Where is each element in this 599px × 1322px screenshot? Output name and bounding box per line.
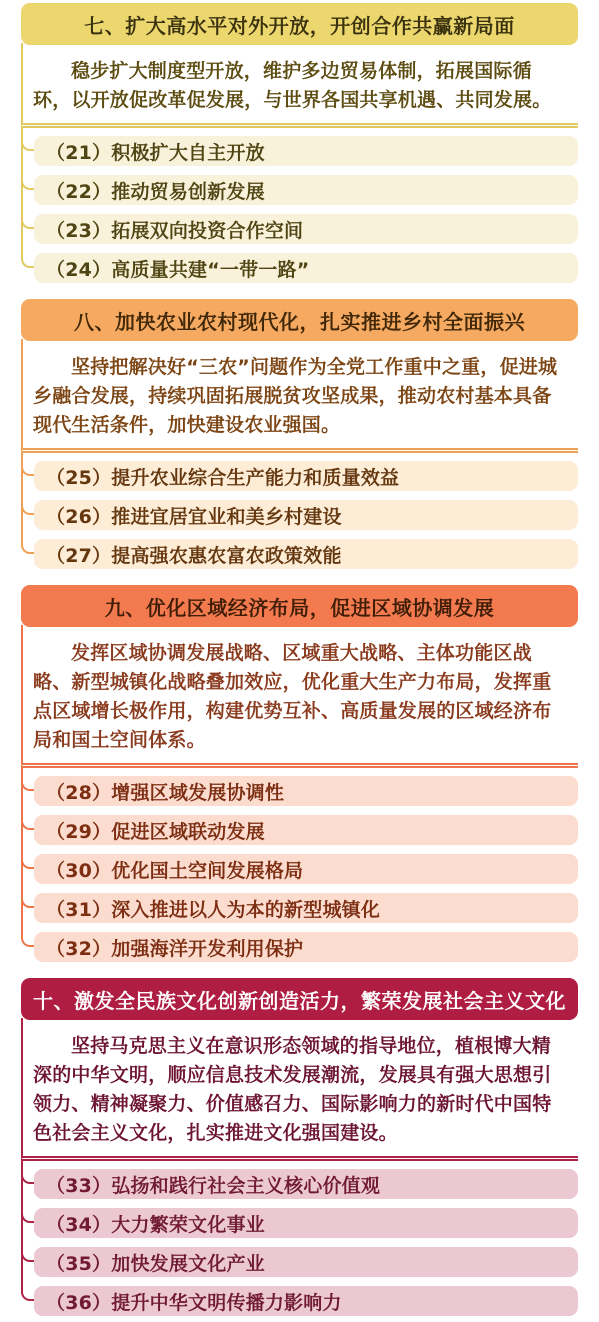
list-item: （32）加强海洋开发利用保护: [34, 932, 578, 962]
list-item: （26）推进宜居宜业和美乡村建设: [34, 500, 578, 530]
section-item-list: （21）积极扩大自主开放 （22）推动贸易创新发展 （23）拓展双向投资合作空间…: [34, 136, 578, 283]
list-item: （28）增强区域发展协调性: [34, 776, 578, 806]
list-item: （33）弘扬和践行社会主义核心价值观: [34, 1169, 578, 1199]
list-item-label: （26）推进宜居宜业和美乡村建设: [46, 502, 342, 529]
list-item: （24）高质量共建“一带一路”: [34, 253, 578, 283]
section-item-list: （25）提升农业综合生产能力和质量效益 （26）推进宜居宜业和美乡村建设 （27…: [34, 461, 578, 569]
branch-connector: [21, 255, 34, 268]
section-summary-box: 发挥区域协调发展战略、区域重大战略、主体功能区战略、新型城镇化战略叠加效应，优化…: [21, 625, 578, 768]
list-item-label: （24）高质量共建“一带一路”: [46, 255, 309, 282]
list-item-label: （21）积极扩大自主开放: [46, 138, 265, 165]
branch-connector: [21, 541, 34, 554]
section-summary: 稳步扩大制度型开放，维护多边贸易体制，拓展国际循环，以开放促改革促发展，与世界各…: [33, 57, 568, 115]
section-seven: 七、扩大高水平对外开放，开创合作共赢新局面 稳步扩大制度型开放，维护多边贸易体制…: [21, 3, 578, 283]
section-summary: 发挥区域协调发展战略、区域重大战略、主体功能区战略、新型城镇化战略叠加效应，优化…: [33, 639, 568, 755]
list-item: （34）大力繁荣文化事业: [34, 1208, 578, 1238]
section-ten: 十、激发全民族文化创新创造活力，繁荣发展社会主义文化 坚持马克思主义在意识形态领…: [21, 978, 578, 1316]
list-item: （30）优化国土空间发展格局: [34, 854, 578, 884]
list-item: （22）推动贸易创新发展: [34, 175, 578, 205]
list-item: （25）提升农业综合生产能力和质量效益: [34, 461, 578, 491]
section-header: 八、加快农业农村现代化，扎实推进乡村全面振兴: [21, 299, 578, 341]
list-item-label: （33）弘扬和践行社会主义核心价值观: [46, 1171, 380, 1198]
section-header: 九、优化区域经济布局，促进区域协调发展: [21, 585, 578, 627]
section-header: 十、激发全民族文化创新创造活力，繁荣发展社会主义文化: [21, 978, 578, 1020]
list-item-label: （35）加快发展文化产业: [46, 1249, 265, 1276]
section-summary: 坚持把解决好“三农”问题作为全党工作重中之重，促进城乡融合发展，持续巩固拓展脱贫…: [33, 353, 568, 440]
list-item: （29）促进区域联动发展: [34, 815, 578, 845]
policy-outline-page: 七、扩大高水平对外开放，开创合作共赢新局面 稳步扩大制度型开放，维护多边贸易体制…: [0, 0, 599, 1322]
list-item-label: （22）推动贸易创新发展: [46, 177, 265, 204]
list-item-label: （28）增强区域发展协调性: [46, 778, 284, 805]
section-eight: 八、加快农业农村现代化，扎实推进乡村全面振兴 坚持把解决好“三农”问题作为全党工…: [21, 299, 578, 569]
list-item-label: （29）促进区域联动发展: [46, 817, 265, 844]
list-item: （31）深入推进以人为本的新型城镇化: [34, 893, 578, 923]
branch-connector: [21, 934, 34, 947]
list-item-label: （30）优化国土空间发展格局: [46, 856, 303, 883]
section-summary: 坚持马克思主义在意识形态领域的指导地位，植根博大精深的中华文明，顺应信息技术发展…: [33, 1032, 568, 1148]
section-nine: 九、优化区域经济布局，促进区域协调发展 发挥区域协调发展战略、区域重大战略、主体…: [21, 585, 578, 962]
section-item-list: （28）增强区域发展协调性 （29）促进区域联动发展 （30）优化国土空间发展格…: [34, 776, 578, 962]
section-summary-box: 坚持把解决好“三农”问题作为全党工作重中之重，促进城乡融合发展，持续巩固拓展脱贫…: [21, 339, 578, 453]
list-item: （21）积极扩大自主开放: [34, 136, 578, 166]
list-item-label: （25）提升农业综合生产能力和质量效益: [46, 463, 399, 490]
section-summary-box: 坚持马克思主义在意识形态领域的指导地位，植根博大精深的中华文明，顺应信息技术发展…: [21, 1018, 578, 1161]
list-item: （27）提高强农惠农富农政策效能: [34, 539, 578, 569]
list-item: （36）提升中华文明传播力影响力: [34, 1286, 578, 1316]
list-item-label: （36）提升中华文明传播力影响力: [46, 1288, 342, 1315]
connector-trunk: [21, 767, 23, 939]
section-header: 七、扩大高水平对外开放，开创合作共赢新局面: [21, 3, 578, 45]
section-summary-box: 稳步扩大制度型开放，维护多边贸易体制，拓展国际循环，以开放促改革促发展，与世界各…: [21, 43, 578, 128]
list-item-label: （27）提高强农惠农富农政策效能: [46, 541, 342, 568]
list-item-label: （32）加强海洋开发利用保护: [46, 934, 303, 961]
list-item-label: （23）拓展双向投资合作空间: [46, 216, 303, 243]
list-item-label: （31）深入推进以人为本的新型城镇化: [46, 895, 380, 922]
section-item-list: （33）弘扬和践行社会主义核心价值观 （34）大力繁荣文化事业 （35）加快发展…: [34, 1169, 578, 1316]
list-item-label: （34）大力繁荣文化事业: [46, 1210, 265, 1237]
branch-connector: [21, 1288, 34, 1301]
list-item: （35）加快发展文化产业: [34, 1247, 578, 1277]
list-item: （23）拓展双向投资合作空间: [34, 214, 578, 244]
